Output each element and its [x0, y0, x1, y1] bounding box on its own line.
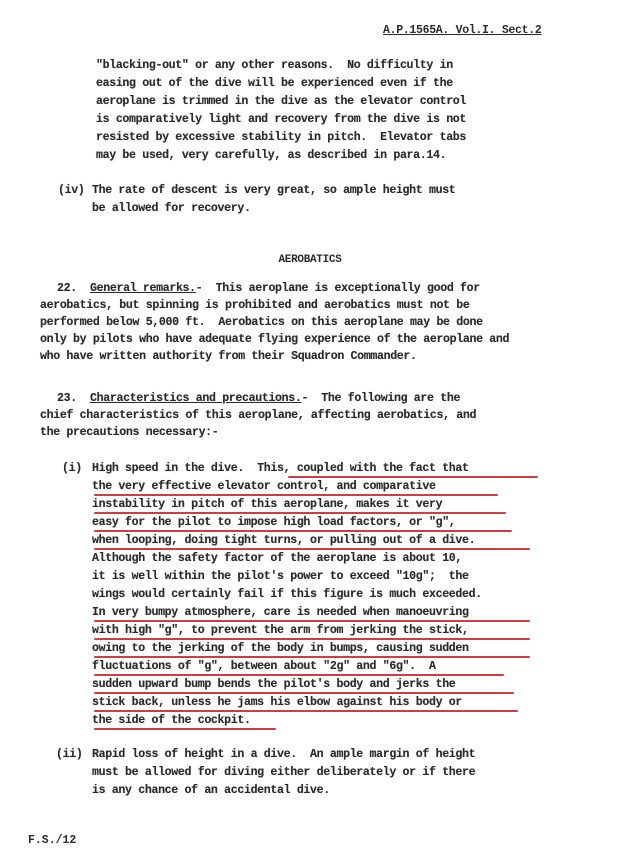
text-line: Rapid loss of height in a dive. An ample… [92, 747, 475, 764]
paragraph-number: 23. [57, 392, 77, 405]
text-line: only by pilots who have adequate flying … [40, 332, 509, 349]
text-line: Although the safety factor of the aeropl… [92, 551, 462, 568]
text-line: it is well within the pilot's power to e… [92, 569, 469, 586]
text-line: resisted by excessive stability in pitch… [96, 130, 466, 147]
annotation-underline [94, 530, 512, 532]
annotation-underline [94, 620, 530, 622]
section-title: AEROBATICS [0, 254, 620, 266]
item-marker: (ii) [56, 747, 82, 764]
item-marker: (iv) [58, 183, 84, 200]
annotation-underline [94, 512, 506, 514]
document-page: A.P.1565A. Vol.I. Sect.2 "blacking-out" … [0, 0, 620, 854]
text-line: is comparatively light and recovery from… [96, 112, 466, 129]
annotation-underline [94, 494, 498, 496]
annotation-underline [94, 692, 514, 694]
document-reference: A.P.1565A. Vol.I. Sect.2 [383, 24, 541, 37]
page-footer-code: F.S./12 [28, 834, 76, 847]
annotation-underline [94, 638, 530, 640]
text-line: chief characteristics of this aeroplane,… [40, 408, 476, 425]
text-line: "blacking-out" or any other reasons. No … [96, 58, 453, 75]
annotation-underline [94, 710, 518, 712]
text-line: easing out of the dive will be experienc… [96, 76, 453, 93]
text-line: - The following are the [301, 392, 460, 405]
text-line: may be used, very carefully, as describe… [96, 148, 446, 165]
text-line: is any chance of an accidental dive. [92, 783, 330, 800]
item-marker: (i) [62, 461, 82, 478]
annotation-underline [94, 674, 504, 676]
text-line: aeroplane is trimmed in the dive as the … [96, 94, 466, 111]
text-line: The rate of descent is very great, so am… [92, 183, 455, 200]
paragraph-heading: General remarks. [90, 282, 196, 295]
paragraph-number: 22. [57, 282, 77, 295]
annotation-underline [94, 548, 530, 550]
annotation-underline [288, 476, 538, 478]
text-line: be allowed for recovery. [92, 201, 251, 218]
text-line: - This aeroplane is exceptionally good f… [196, 282, 480, 295]
annotation-underline [94, 656, 530, 658]
paragraph-heading: Characteristics and precautions. [90, 392, 301, 405]
text-line: wings would certainly fail if this figur… [92, 587, 482, 604]
text-line: performed below 5,000 ft. Aerobatics on … [40, 315, 483, 332]
text-line: aerobatics, but spinning is prohibited a… [40, 298, 469, 315]
text-line: must be allowed for diving either delibe… [92, 765, 475, 782]
annotation-underline [94, 728, 276, 730]
text-line: the precautions necessary:- [40, 425, 218, 442]
text-line: who have written authority from their Sq… [40, 349, 417, 366]
